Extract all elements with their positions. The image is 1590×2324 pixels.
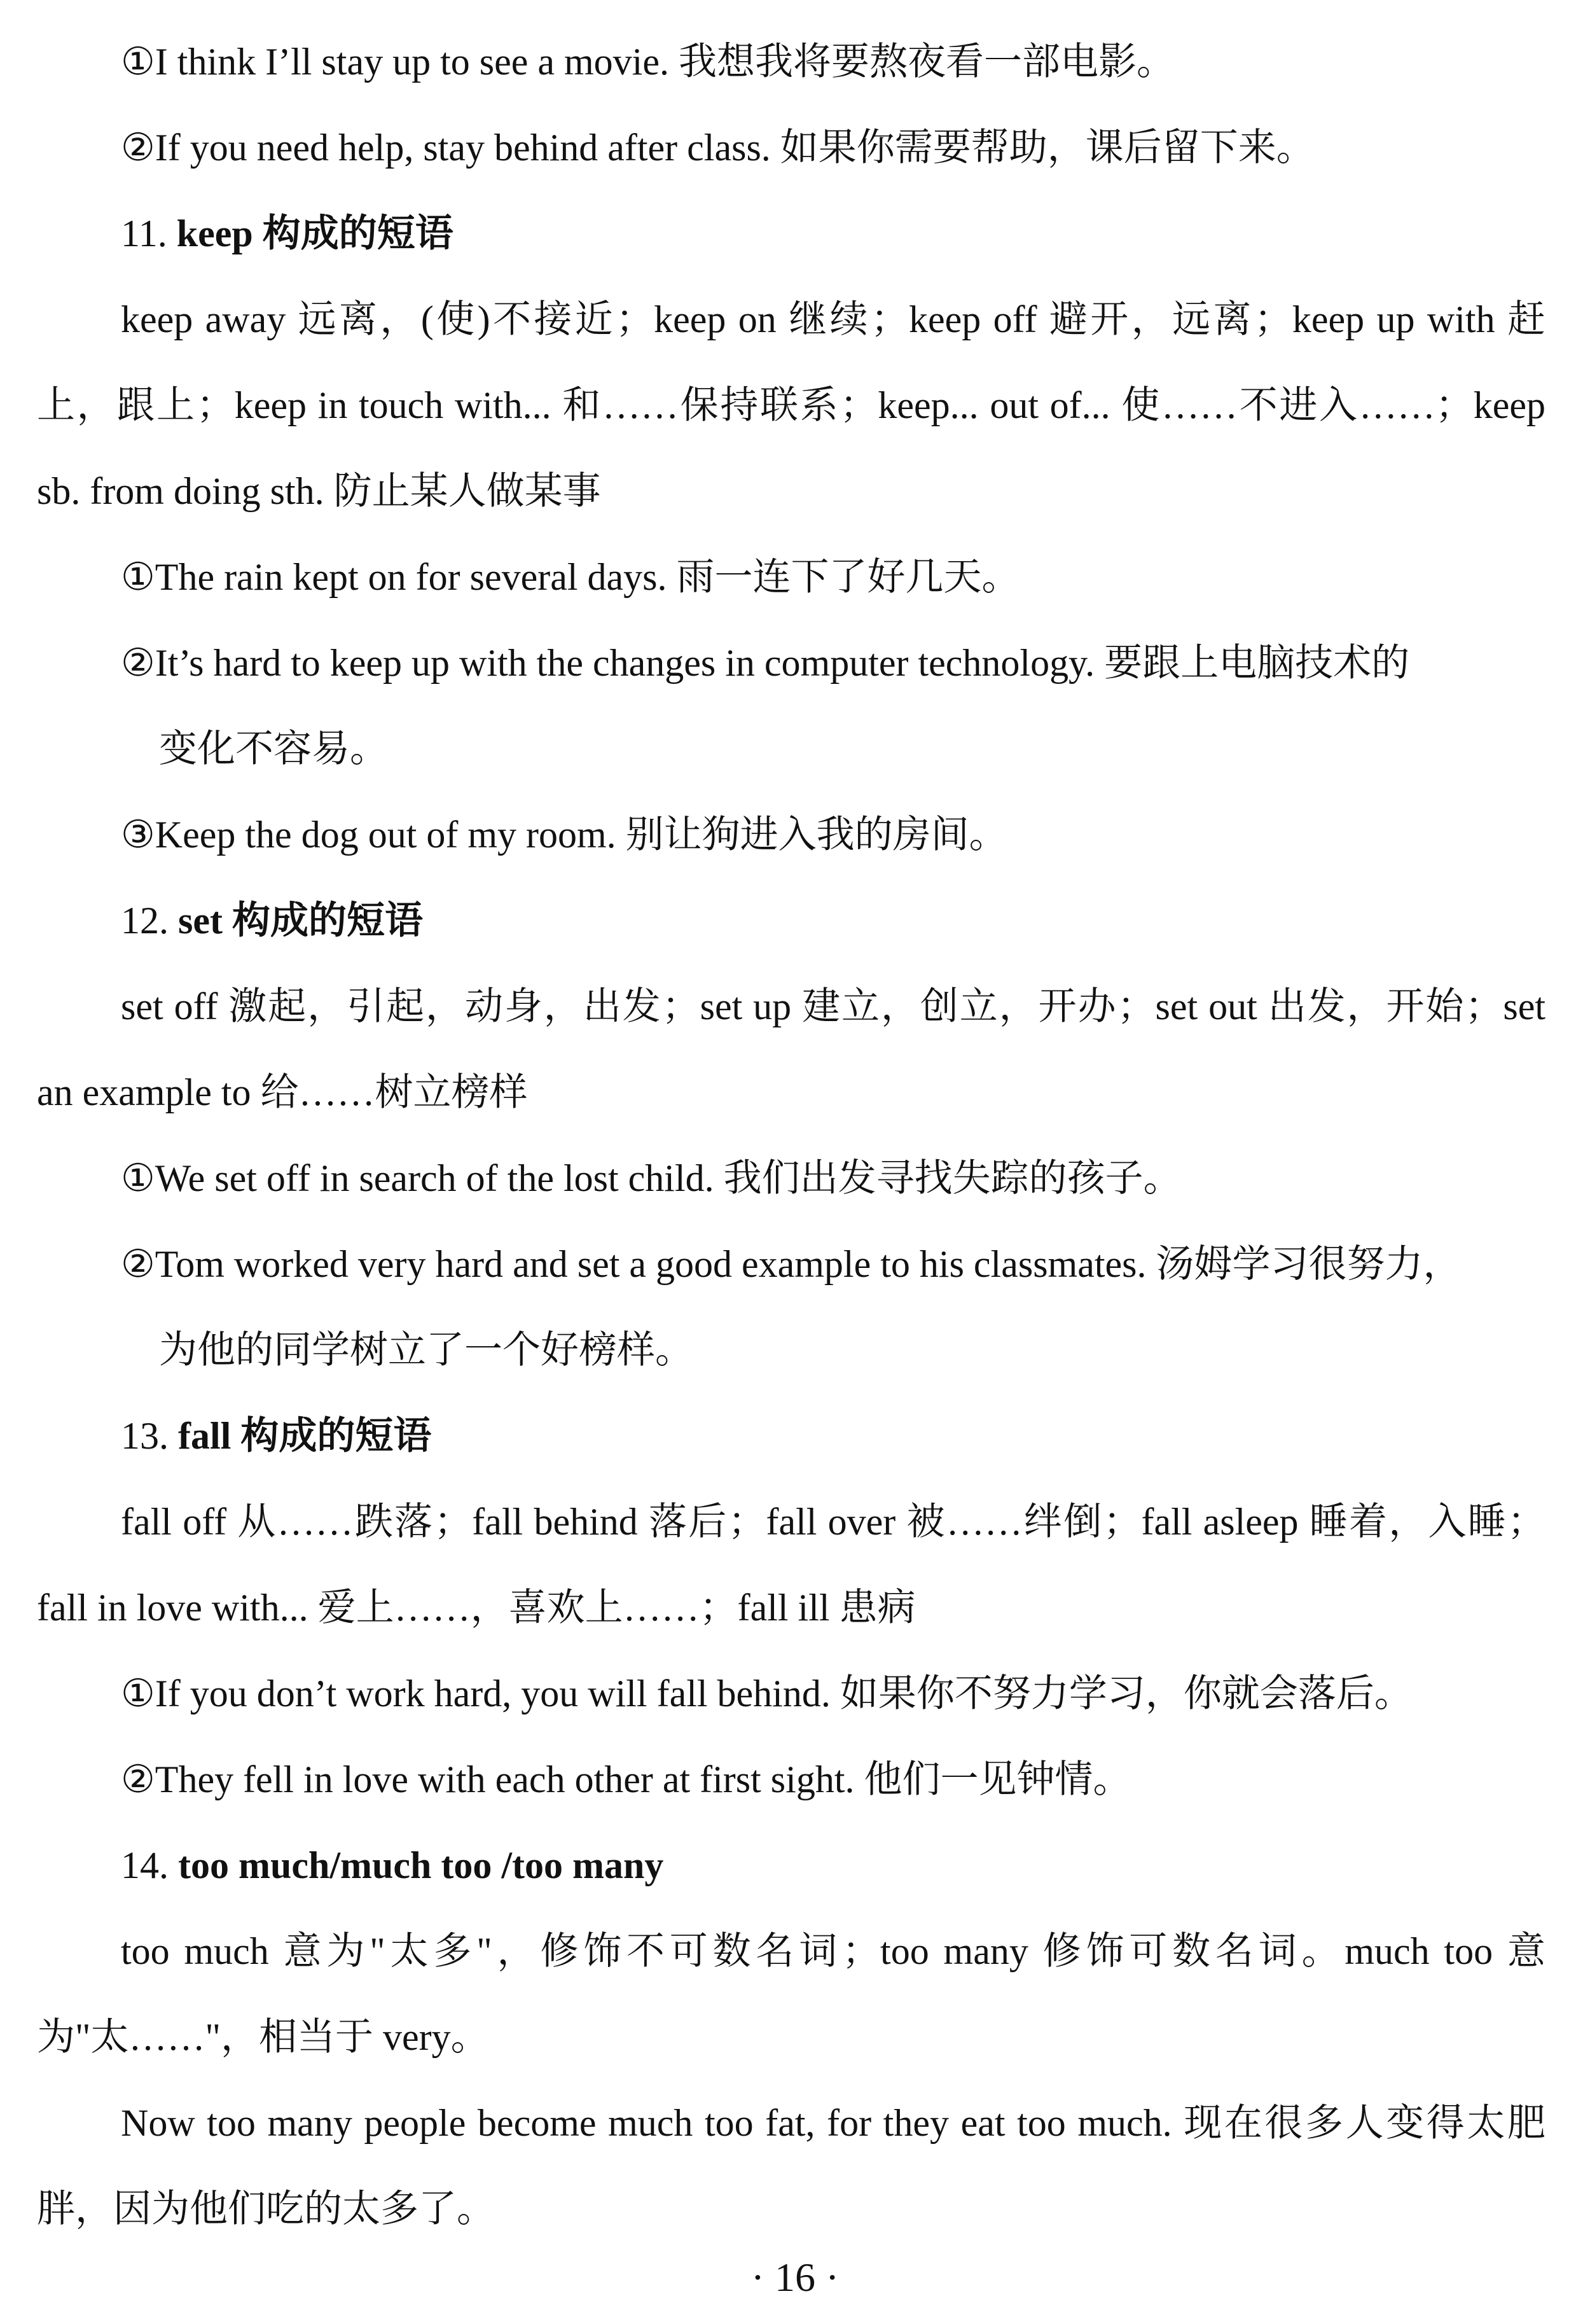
example-text: If you don’t work hard, you will fall be… [155, 1673, 1413, 1715]
example-text: I think I’ll stay up to see a movie. 我想我… [155, 41, 1175, 83]
example-paragraph: Now too many people become much too fat,… [37, 2080, 1545, 2252]
example-marker: ① [121, 1157, 155, 1199]
example-marker: ③ [121, 814, 155, 856]
section-heading: 12. set 构成的短语 [37, 878, 1545, 964]
example-marker: ② [121, 127, 155, 169]
section-number: 11. [121, 212, 167, 254]
example-sentence: ②Tom worked very hard and set a good exa… [37, 1221, 1545, 1393]
section-title: keep 构成的短语 [177, 212, 453, 254]
page-number: · 16 · [0, 2246, 1590, 2309]
example-sentence: ①The rain kept on for several days. 雨一连下… [37, 534, 1545, 620]
example-marker: ② [121, 1243, 155, 1285]
example-continuation: 变化不容易。 [121, 706, 1545, 792]
section-title: set 构成的短语 [178, 900, 423, 942]
example-marker: ① [121, 41, 155, 83]
example-sentence: ②They fell in love with each other at fi… [37, 1737, 1545, 1823]
phrase-paragraph: fall off 从……跌落；fall behind 落后；fall over … [37, 1479, 1545, 1651]
section-number: 13. [121, 1415, 169, 1457]
section-heading: 13. fall 构成的短语 [37, 1393, 1545, 1479]
section-number: 14. [121, 1844, 169, 1886]
section-title: too much/much too /too many [178, 1844, 663, 1886]
example-marker: ① [121, 1673, 155, 1715]
section-heading: 14. too much/much too /too many [37, 1823, 1545, 1909]
phrase-paragraph: set off 激起，引起，动身，出发；set up 建立，创立，开办；set … [37, 964, 1545, 1136]
explanation-paragraph: too much 意为"太多"，修饰不可数名词；too many 修饰可数名词。… [37, 1909, 1545, 2080]
example-text: Keep the dog out of my room. 别让狗进入我的房间。 [155, 814, 1007, 856]
example-continuation: 为他的同学树立了一个好榜样。 [121, 1307, 1545, 1393]
example-text: Tom worked very hard and set a good exam… [155, 1243, 1462, 1285]
example-text: They fell in love with each other at fir… [155, 1758, 1131, 1800]
example-sentence: ③Keep the dog out of my room. 别让狗进入我的房间。 [37, 792, 1545, 878]
document-page: ①I think I’ll stay up to see a movie. 我想… [37, 19, 1545, 2252]
example-marker: ② [121, 1758, 155, 1800]
example-marker: ① [121, 556, 155, 598]
example-sentence: ①If you don’t work hard, you will fall b… [37, 1651, 1545, 1737]
example-text: It’s hard to keep up with the changes in… [155, 642, 1409, 684]
phrase-paragraph: keep away 远离，(使)不接近；keep on 继续；keep off … [37, 277, 1545, 534]
example-text: If you need help, stay behind after clas… [155, 127, 1315, 169]
example-sentence: ②It’s hard to keep up with the changes i… [37, 620, 1545, 792]
example-sentence: ②If you need help, stay behind after cla… [37, 105, 1545, 191]
example-text: The rain kept on for several days. 雨一连下了… [155, 556, 1020, 598]
section-heading: 11. keep 构成的短语 [37, 191, 1545, 277]
example-sentence: ①We set off in search of the lost child.… [37, 1136, 1545, 1221]
section-number: 12. [121, 900, 169, 942]
example-sentence: ①I think I’ll stay up to see a movie. 我想… [37, 19, 1545, 105]
section-title: fall 构成的短语 [178, 1415, 431, 1457]
example-text: We set off in search of the lost child. … [155, 1157, 1182, 1199]
example-marker: ② [121, 642, 155, 684]
